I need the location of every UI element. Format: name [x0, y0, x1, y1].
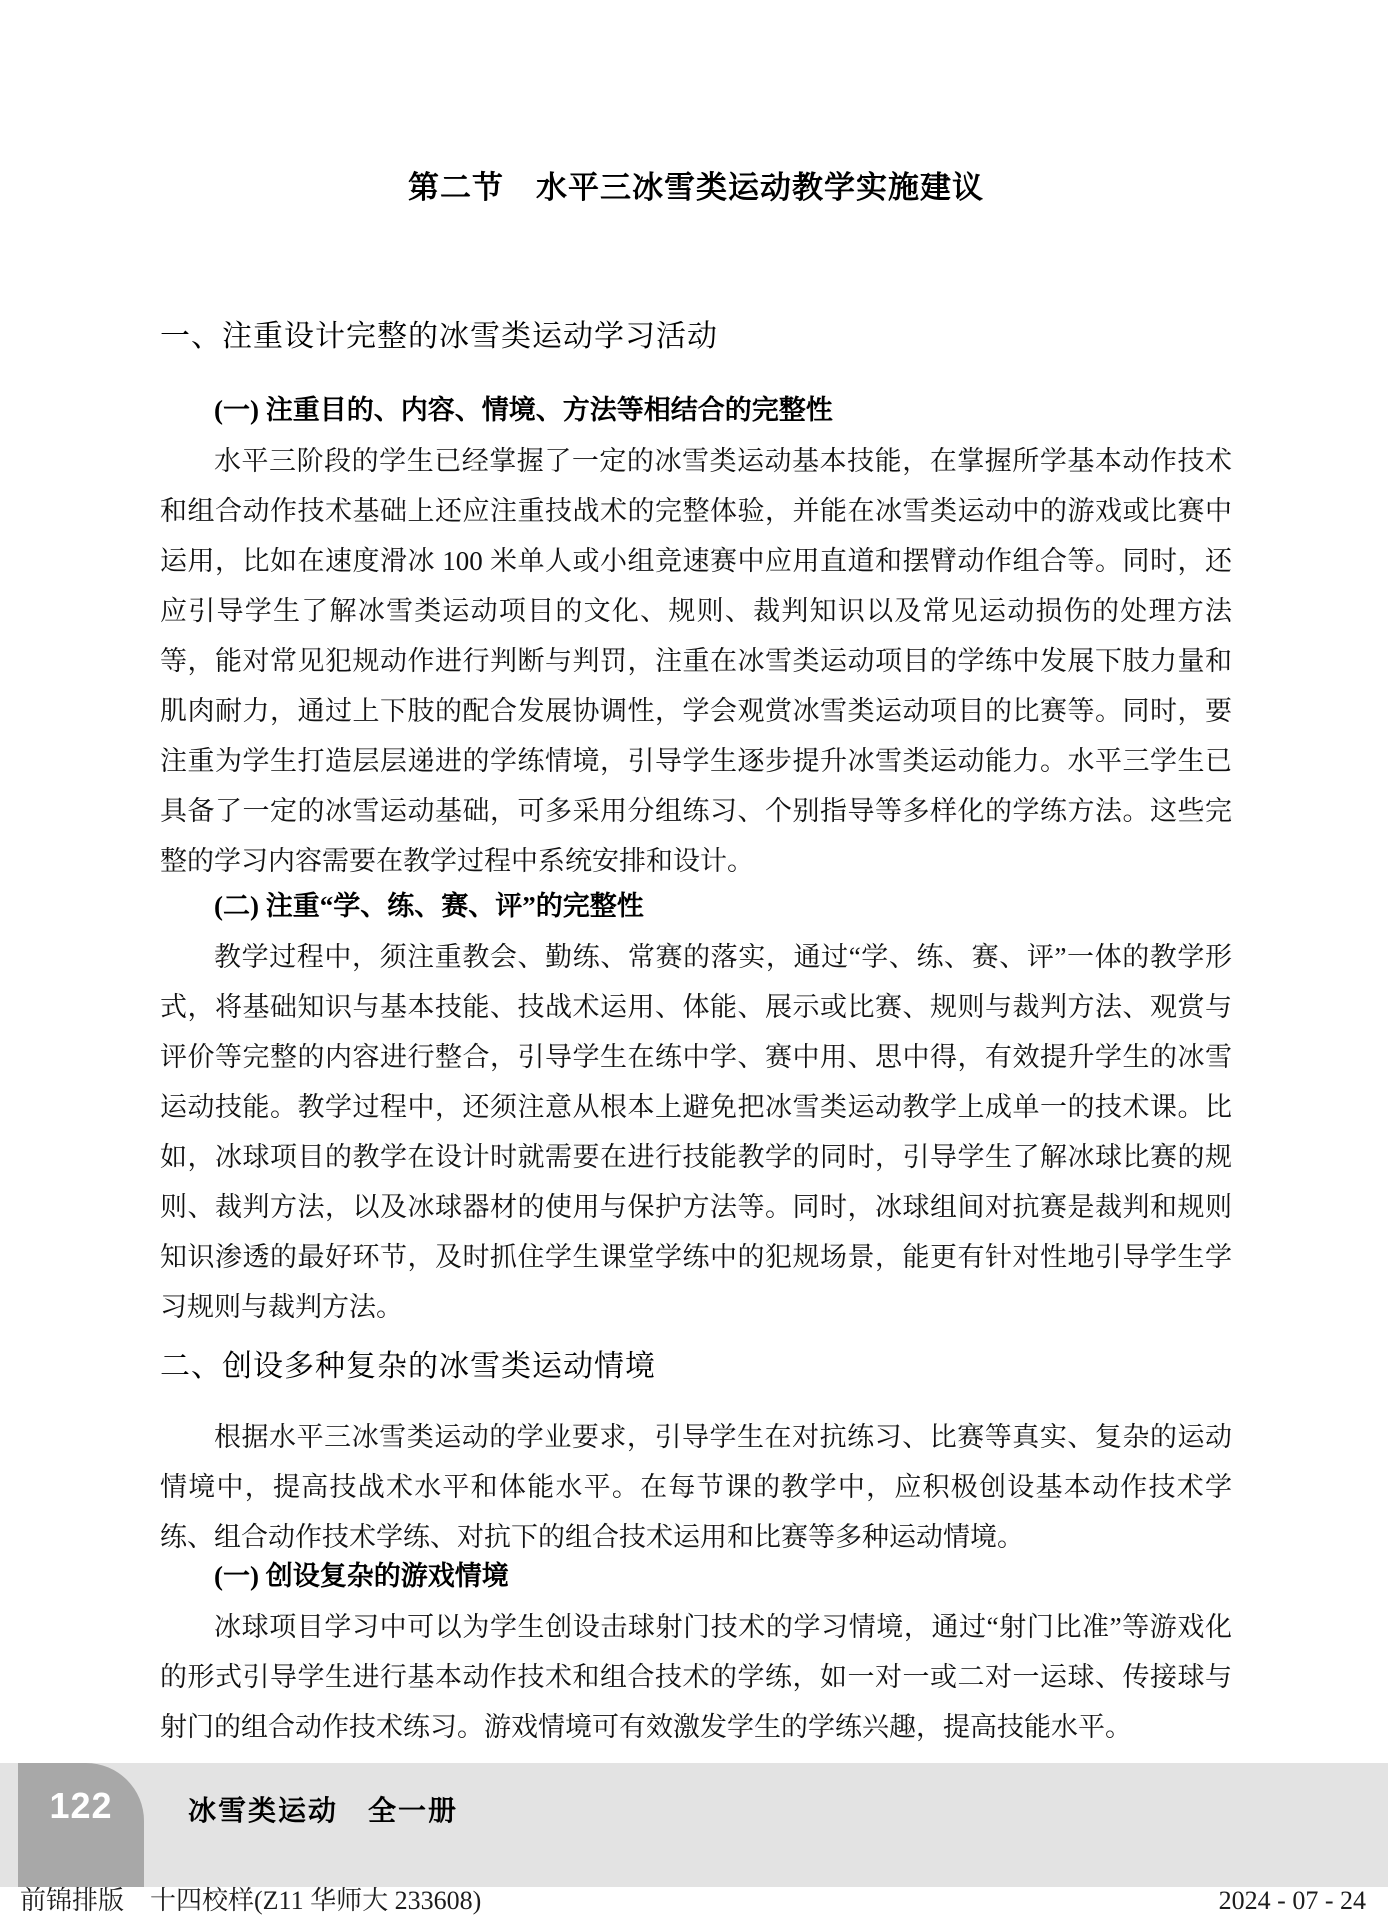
- subsection-heading-2-1: (一) 创设复杂的游戏情境: [160, 1556, 1232, 1596]
- page-number-badge: 122: [18, 1763, 144, 1887]
- section-design-complete-activities: 一、注重设计完整的冰雪类运动学习活动 (一) 注重目的、内容、情境、方法等相结合…: [160, 316, 1232, 1332]
- page-number: 122: [49, 1785, 112, 1827]
- body-paragraph: 根据水平三冰雪类运动的学业要求，引导学生在对抗练习、比赛等真实、复杂的运动情境中…: [160, 1412, 1232, 1562]
- page-content: 第二节 水平三冰雪类运动教学实施建议 一、注重设计完整的冰雪类运动学习活动 (一…: [160, 0, 1232, 1752]
- book-title: 冰雪类运动 全一册: [188, 1789, 458, 1829]
- textbook-page: 第二节 水平三冰雪类运动教学实施建议 一、注重设计完整的冰雪类运动学习活动 (一…: [0, 0, 1388, 1917]
- body-paragraph: 水平三阶段的学生已经掌握了一定的冰雪类运动基本技能，在掌握所学基本动作技术和组合…: [160, 436, 1232, 886]
- proof-info: 前锦排版 十四校样(Z11 华师大 233608): [20, 1886, 481, 1916]
- footer-band: 122 冰雪类运动 全一册: [0, 1763, 1388, 1887]
- proof-date: 2024 - 07 - 24: [1219, 1886, 1366, 1916]
- section-create-complex-situations: 二、创设多种复杂的冰雪类运动情境 根据水平三冰雪类运动的学业要求，引导学生在对抗…: [160, 1346, 1232, 1752]
- body-paragraph: 教学过程中，须注重教会、勤练、常赛的落实，通过“学、练、赛、评”一体的教学形式，…: [160, 932, 1232, 1332]
- body-paragraph: 冰球项目学习中可以为学生创设击球射门技术的学习情境，通过“射门比准”等游戏化的形…: [160, 1602, 1232, 1752]
- section-heading-1: 一、注重设计完整的冰雪类运动学习活动: [160, 316, 1232, 358]
- chapter-title: 第二节 水平三冰雪类运动教学实施建议: [160, 166, 1232, 210]
- section-heading-2: 二、创设多种复杂的冰雪类运动情境: [160, 1346, 1232, 1388]
- subsection-heading-1-1: (一) 注重目的、内容、情境、方法等相结合的完整性: [160, 390, 1232, 430]
- proof-bar: 前锦排版 十四校样(Z11 华师大 233608) 2024 - 07 - 24: [20, 1886, 1366, 1916]
- subsection-heading-1-2: (二) 注重“学、练、赛、评”的完整性: [160, 886, 1232, 926]
